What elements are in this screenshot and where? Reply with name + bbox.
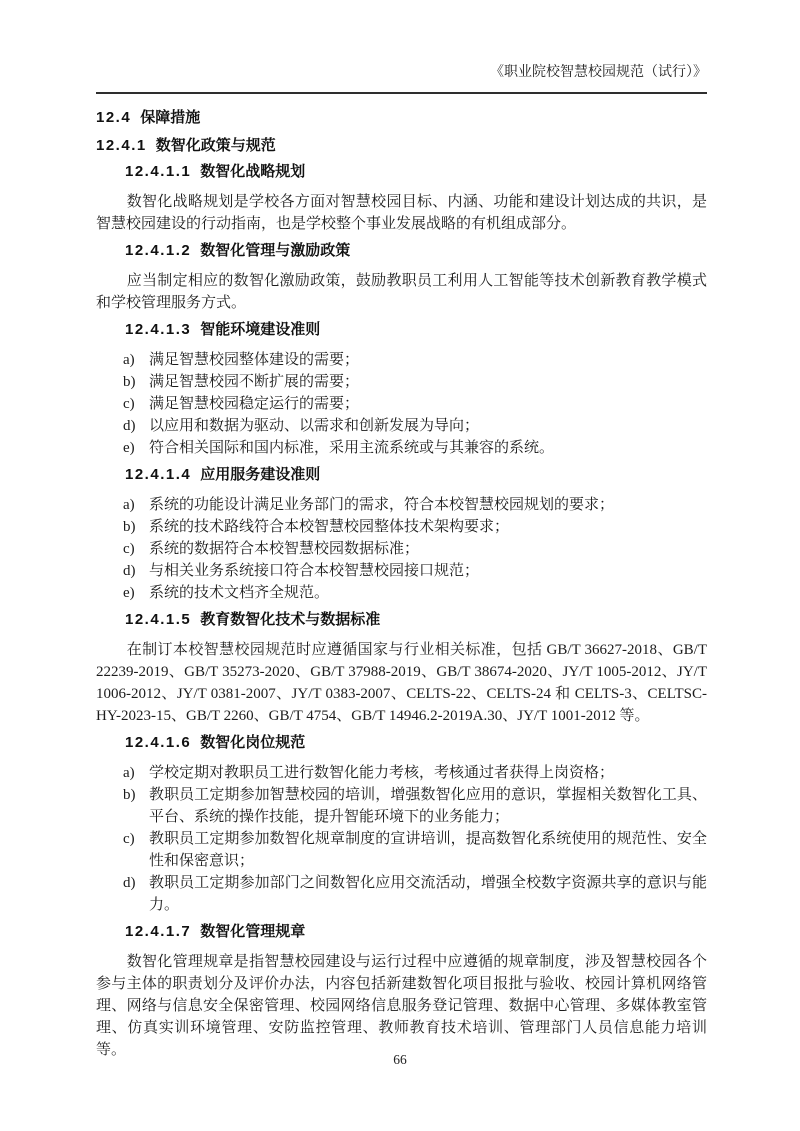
list-item-text: 教职员工定期参加数智化规章制度的宣讲培训，提高数智化系统使用的规范性、安全性和保… <box>149 828 707 872</box>
list-item: a)系统的功能设计满足业务部门的需求，符合本校智慧校园规划的要求； <box>96 494 707 516</box>
list-item-marker: a) <box>123 349 149 371</box>
list-item: b)系统的技术路线符合本校智慧校园整体技术架构要求； <box>96 516 707 538</box>
list-item: d)教职员工定期参加部门之间数智化应用交流活动，增强全校数字资源共享的意识与能力… <box>96 872 707 916</box>
list-item-marker: d) <box>123 872 149 916</box>
item-list: a)满足智慧校园整体建设的需要；b)满足智慧校园不断扩展的需要；c)满足智慧校园… <box>96 349 707 459</box>
list-item: c)教职员工定期参加数智化规章制度的宣讲培训，提高数智化系统使用的规范性、安全性… <box>96 828 707 872</box>
section-heading: 12.4.1.5教育数智化技术与数据标准 <box>96 610 707 630</box>
section-number: 12.4.1.6 <box>125 734 191 751</box>
list-item-text: 系统的技术路线符合本校智慧校园整体技术架构要求； <box>149 516 707 538</box>
list-item-marker: b) <box>123 784 149 828</box>
section-number: 12.4.1.5 <box>125 611 191 628</box>
section-number: 12.4.1.3 <box>125 321 191 338</box>
list-item-text: 系统的数据符合本校智慧校园数据标准； <box>149 538 707 560</box>
section-number: 12.4.1.7 <box>125 923 191 940</box>
document-page: 《职业院校智慧校园规范（试行）》 12.4保障措施12.4.1数智化政策与规范1… <box>0 0 800 1131</box>
list-item-text: 符合相关国际和国内标准，采用主流系统或与其兼容的系统。 <box>149 437 707 459</box>
list-item: a)学校定期对教职员工进行数智化能力考核，考核通过者获得上岗资格； <box>96 762 707 784</box>
section-number: 12.4.1.4 <box>125 466 191 483</box>
list-item-text: 教职员工定期参加智慧校园的培训，增强数智化应用的意识，掌握相关数智化工具、平台、… <box>149 784 707 828</box>
section-title: 教育数智化技术与数据标准 <box>200 611 380 628</box>
section-title: 数智化管理与激励政策 <box>200 242 350 259</box>
list-item-marker: c) <box>123 538 149 560</box>
list-item-marker: c) <box>123 393 149 415</box>
list-item: b)满足智慧校园不断扩展的需要； <box>96 371 707 393</box>
list-item: c)满足智慧校园稳定运行的需要； <box>96 393 707 415</box>
section-number: 12.4.1.2 <box>125 242 191 259</box>
section-number: 12.4.1 <box>96 137 147 154</box>
list-item-text: 教职员工定期参加部门之间数智化应用交流活动，增强全校数字资源共享的意识与能力。 <box>149 872 707 916</box>
section-title: 数智化管理规章 <box>200 923 305 940</box>
list-item: a)满足智慧校园整体建设的需要； <box>96 349 707 371</box>
page-header: 《职业院校智慧校园规范（试行）》 <box>96 64 707 94</box>
section-heading: 12.4.1.1数智化战略规划 <box>96 162 707 182</box>
section-number: 12.4 <box>96 109 131 126</box>
list-item-text: 与相关业务系统接口符合本校智慧校园接口规范； <box>149 560 707 582</box>
list-item: c)系统的数据符合本校智慧校园数据标准； <box>96 538 707 560</box>
section-title: 应用服务建设准则 <box>200 466 320 483</box>
list-item: e)系统的技术文档齐全规范。 <box>96 582 707 604</box>
document-content: 12.4保障措施12.4.1数智化政策与规范12.4.1.1数智化战略规划数智化… <box>96 100 707 1067</box>
section-title: 数智化岗位规范 <box>200 734 305 751</box>
section-heading: 12.4.1.3智能环境建设准则 <box>96 320 707 340</box>
list-item: b)教职员工定期参加智慧校园的培训，增强数智化应用的意识，掌握相关数智化工具、平… <box>96 784 707 828</box>
list-item-text: 满足智慧校园整体建设的需要； <box>149 349 707 371</box>
section-title: 保障措施 <box>140 109 200 126</box>
section-title: 智能环境建设准则 <box>200 321 320 338</box>
list-item-marker: b) <box>123 516 149 538</box>
list-item: e)符合相关国际和国内标准，采用主流系统或与其兼容的系统。 <box>96 437 707 459</box>
section-title: 数智化政策与规范 <box>156 137 276 154</box>
paragraph: 在制订本校智慧校园规范时应遵循国家与行业相关标准，包括 GB/T 36627-2… <box>96 639 707 727</box>
section-heading: 12.4.1.6数智化岗位规范 <box>96 733 707 753</box>
page-header-title: 《职业院校智慧校园规范（试行）》 <box>490 65 707 80</box>
section-heading: 12.4保障措施 <box>96 108 707 128</box>
list-item-text: 学校定期对教职员工进行数智化能力考核，考核通过者获得上岗资格； <box>149 762 707 784</box>
paragraph: 应当制定相应的数智化激励政策，鼓励教职员工利用人工智能等技术创新教育教学模式和学… <box>96 270 707 314</box>
section-heading: 12.4.1.2数智化管理与激励政策 <box>96 241 707 261</box>
list-item: d)以应用和数据为驱动、以需求和创新发展为导向； <box>96 415 707 437</box>
list-item-marker: a) <box>123 494 149 516</box>
page-footer: 66 <box>0 1052 800 1068</box>
item-list: a)系统的功能设计满足业务部门的需求，符合本校智慧校园规划的要求；b)系统的技术… <box>96 494 707 604</box>
list-item: d)与相关业务系统接口符合本校智慧校园接口规范； <box>96 560 707 582</box>
list-item-marker: e) <box>123 582 149 604</box>
section-number: 12.4.1.1 <box>125 163 191 180</box>
list-item-text: 以应用和数据为驱动、以需求和创新发展为导向； <box>149 415 707 437</box>
list-item-text: 系统的技术文档齐全规范。 <box>149 582 707 604</box>
list-item-text: 满足智慧校园稳定运行的需要； <box>149 393 707 415</box>
list-item-text: 满足智慧校园不断扩展的需要； <box>149 371 707 393</box>
list-item-marker: b) <box>123 371 149 393</box>
list-item-marker: d) <box>123 415 149 437</box>
page-number: 66 <box>393 1052 407 1067</box>
section-heading: 12.4.1.4应用服务建设准则 <box>96 465 707 485</box>
paragraph: 数智化战略规划是学校各方面对智慧校园目标、内涵、功能和建设计划达成的共识，是智慧… <box>96 191 707 235</box>
section-heading: 12.4.1数智化政策与规范 <box>96 136 707 156</box>
paragraph: 数智化管理规章是指智慧校园建设与运行过程中应遵循的规章制度，涉及智慧校园各个参与… <box>96 951 707 1061</box>
list-item-marker: e) <box>123 437 149 459</box>
list-item-marker: d) <box>123 560 149 582</box>
list-item-marker: a) <box>123 762 149 784</box>
item-list: a)学校定期对教职员工进行数智化能力考核，考核通过者获得上岗资格；b)教职员工定… <box>96 762 707 916</box>
list-item-text: 系统的功能设计满足业务部门的需求，符合本校智慧校园规划的要求； <box>149 494 707 516</box>
section-title: 数智化战略规划 <box>200 163 305 180</box>
section-heading: 12.4.1.7数智化管理规章 <box>96 922 707 942</box>
list-item-marker: c) <box>123 828 149 872</box>
